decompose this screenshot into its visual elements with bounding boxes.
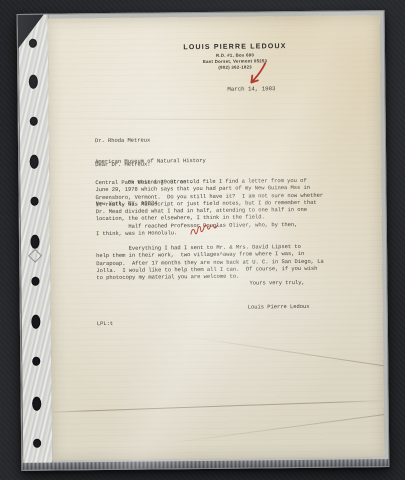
binder-hole xyxy=(29,39,37,48)
paper-crease xyxy=(49,118,381,120)
red-arrow-annotation-icon xyxy=(244,60,268,86)
document-sleeve: LOUIS PIERRE LEDOUX R.D. #1, Box 690 Eas… xyxy=(17,10,390,471)
typed-signature: Louis Pierre Ledoux xyxy=(248,303,310,311)
binder-hole xyxy=(30,235,39,249)
salutation: Dear Dr. Metreux: xyxy=(95,161,150,169)
body-paragraph-2: Half reached Professor Douglas Oliver, w… xyxy=(96,220,384,238)
body-paragraph-3: Everything I had I sent to Mr. & Mrs. Da… xyxy=(96,242,384,281)
letterhead: LOUIS PIERRE LEDOUX R.D. #1, Box 690 Eas… xyxy=(150,43,320,71)
body-paragraph-1: On thinning out an old file I find a let… xyxy=(95,176,383,223)
letterhead-name: LOUIS PIERRE LEDOUX xyxy=(150,43,320,52)
binder-hole xyxy=(31,315,40,329)
binder-hole xyxy=(33,439,41,448)
sleeve-emboss-icon xyxy=(28,249,42,263)
photo-background: LOUIS PIERRE LEDOUX R.D. #1, Box 690 Eas… xyxy=(0,0,405,480)
letter-paper: LOUIS PIERRE LEDOUX R.D. #1, Box 690 Eas… xyxy=(48,15,385,460)
reference-initials: LPL:t xyxy=(97,320,113,327)
binder-hole xyxy=(30,117,38,126)
paper-crease xyxy=(159,413,384,445)
paper-crease xyxy=(48,400,385,413)
binder-hole xyxy=(31,197,39,206)
binder-hole xyxy=(29,75,38,89)
letterhead-phone: (802) 362-1823 xyxy=(150,64,320,72)
closing-line: Yours very truly, xyxy=(249,279,304,287)
date-line: March 14, 1983 xyxy=(227,85,275,93)
recipient-name: Dr. Rhoda Metreux xyxy=(95,136,206,144)
binder-hole xyxy=(32,397,41,411)
binder-hole xyxy=(30,155,39,169)
sleeve-bottom-seam xyxy=(22,459,388,470)
paper-crease xyxy=(183,336,385,368)
red-handwriting-annotation xyxy=(190,225,220,237)
binder-hole xyxy=(31,277,39,286)
binder-hole xyxy=(32,357,40,366)
